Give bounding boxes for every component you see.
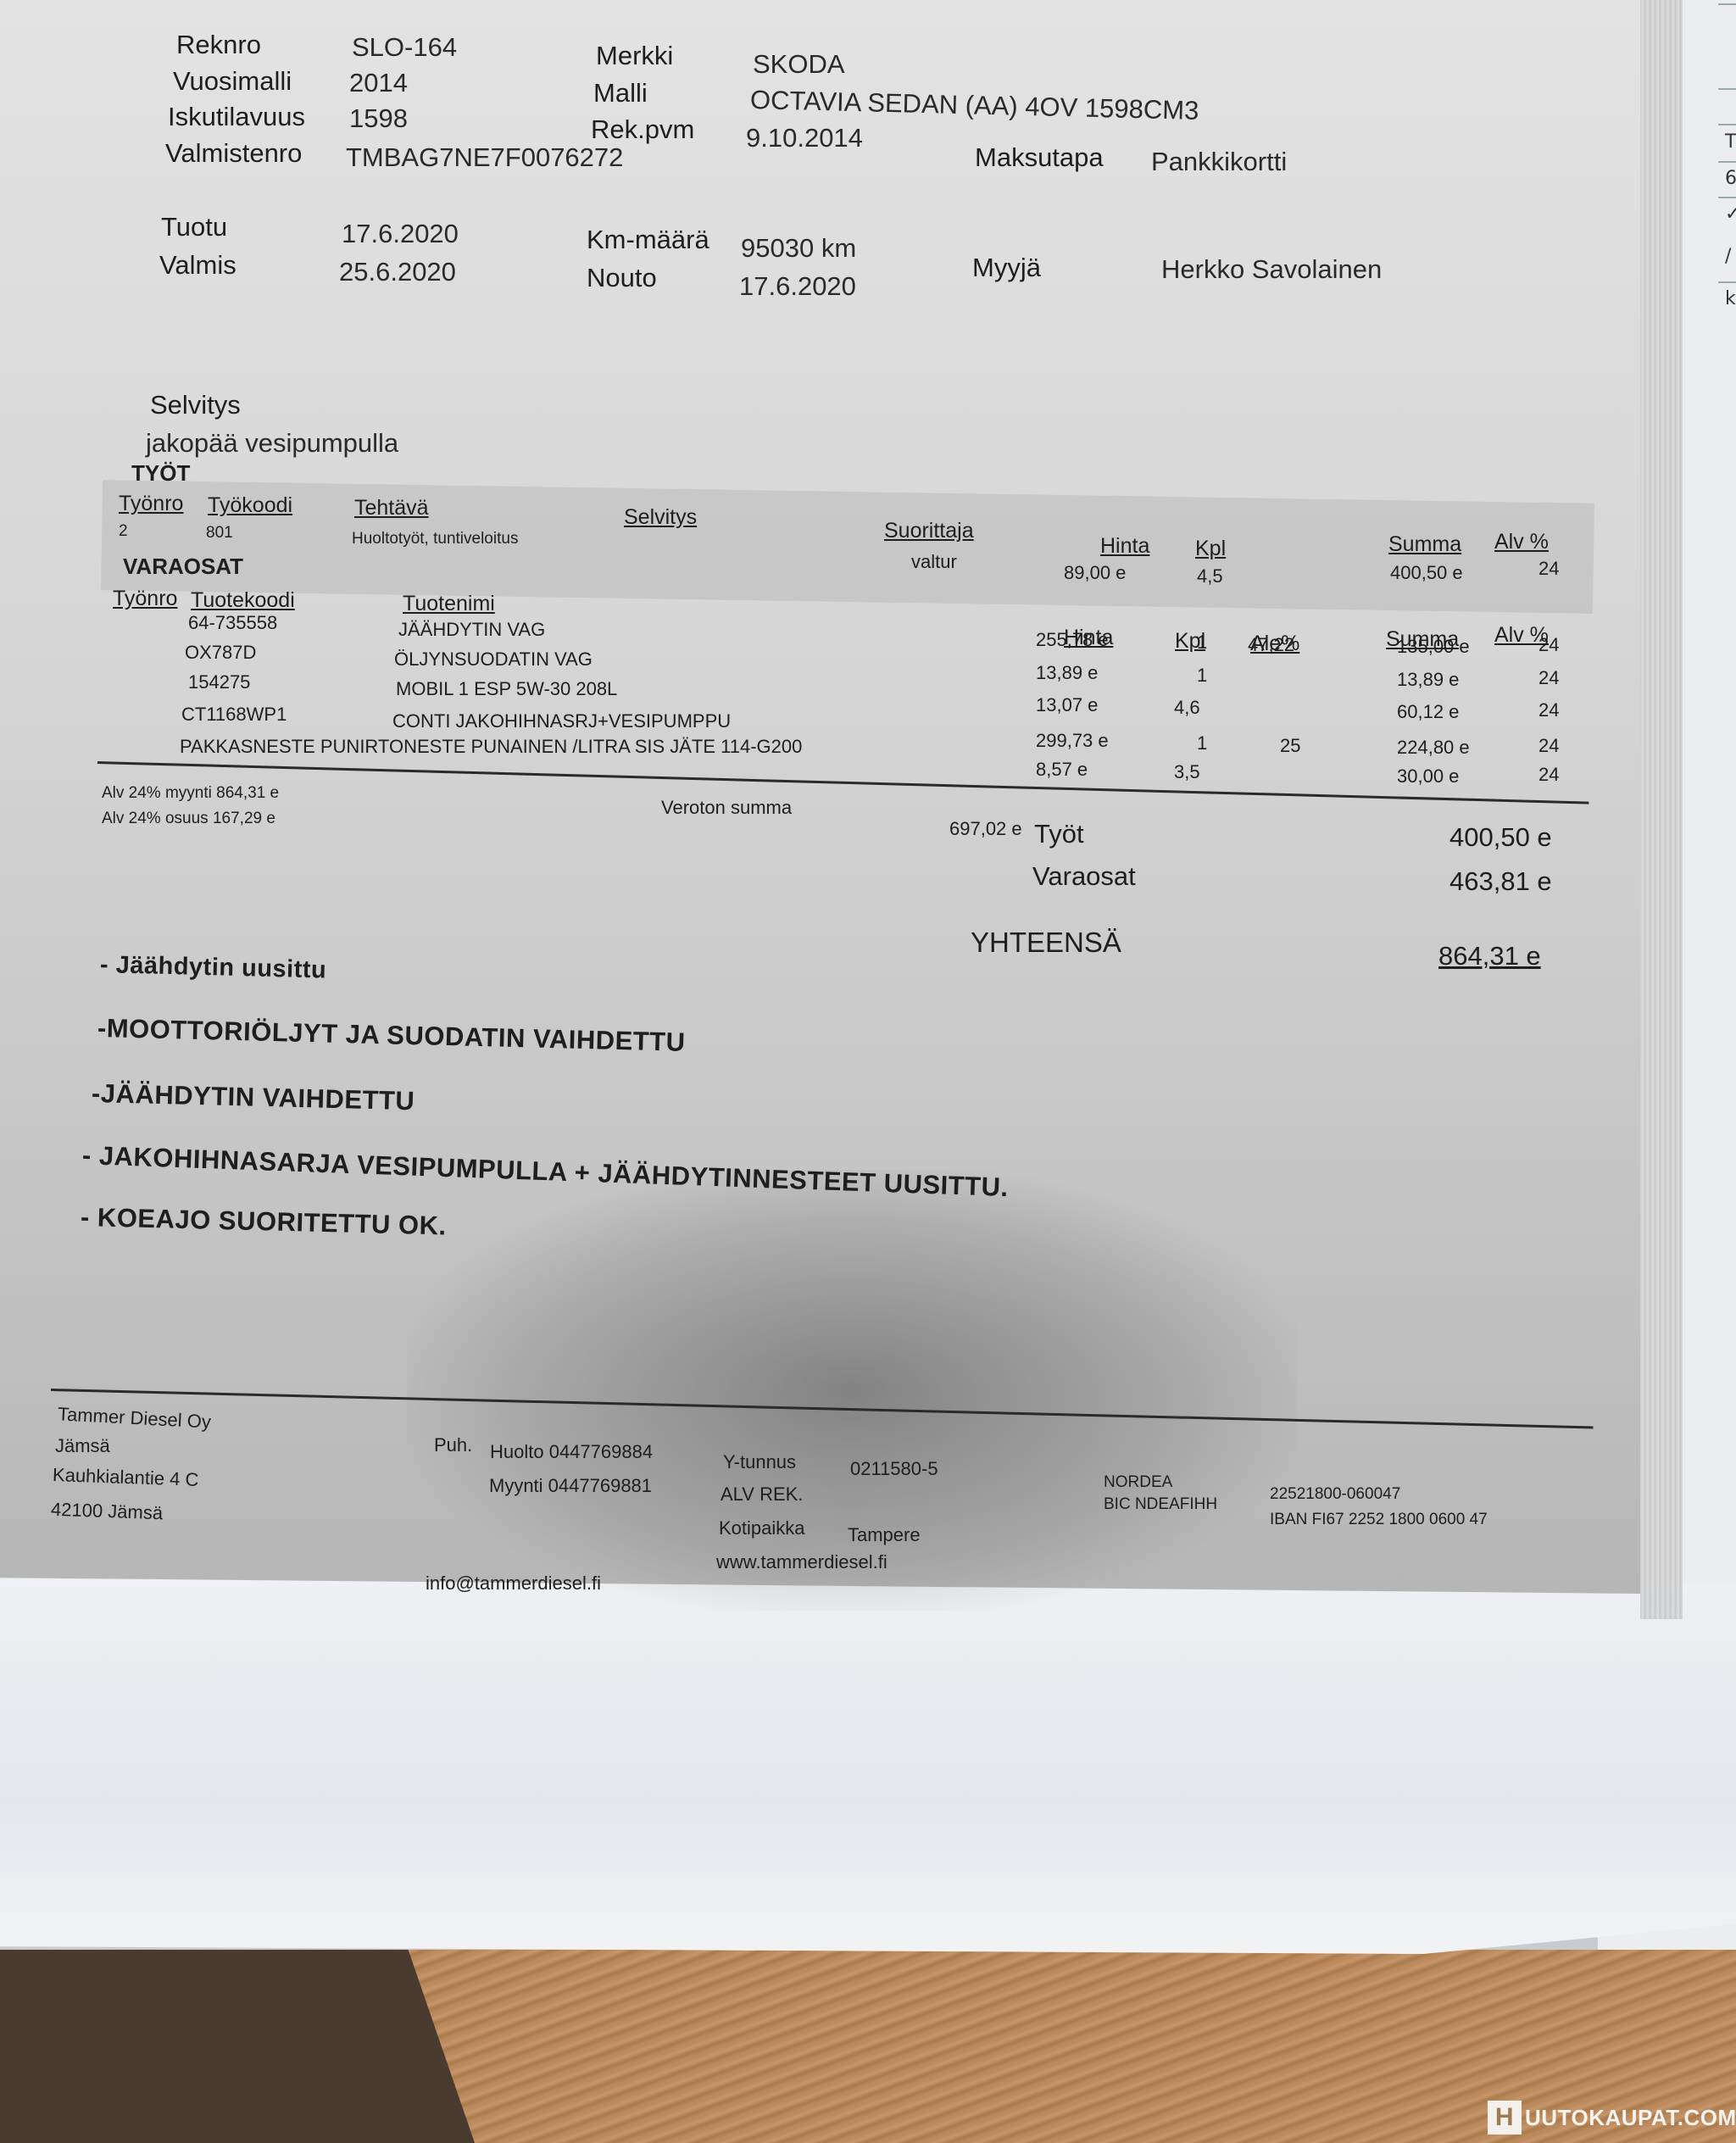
parts-cell-hinta: 299,73 e: [1036, 730, 1109, 752]
parts-cell-kpl: 4,6: [1174, 697, 1200, 719]
label-reknro: Reknro: [176, 30, 261, 60]
parts-cell-ale: 25: [1280, 735, 1300, 757]
footer-www-link[interactable]: www.tammerdiesel.fi: [716, 1551, 887, 1573]
tyot-row-summa: 400,50 e: [1390, 562, 1463, 584]
parts-cell-hinta: 8,57 e: [1036, 759, 1088, 781]
header-suorittaja: Suorittaja: [884, 519, 974, 543]
label-km: Km-määrä: [587, 225, 709, 255]
parts-cell-kpl: 1: [1197, 732, 1207, 754]
footer-postal: 42100 Jämsä: [51, 1499, 164, 1525]
parts-cell-alv: 24: [1538, 735, 1559, 757]
value-km: 95030 km: [741, 233, 856, 264]
footer-ytunnus: 0211580-5: [850, 1458, 938, 1480]
section-varaosat: VARAOSAT: [123, 554, 243, 580]
label-myyja: Myyjä: [972, 253, 1041, 283]
side-sheet-glyph: 6: [1725, 168, 1736, 189]
value-varaosat-total: 463,81 e: [1449, 866, 1552, 897]
parts-cell-summa: 13,89 e: [1397, 669, 1459, 691]
huutokaupat-logo-icon: H: [1488, 2101, 1522, 2135]
fabric-edge: [1640, 0, 1683, 1619]
watermark-text: UUTOKAUPAT.COM: [1525, 2105, 1736, 2131]
label-tyot-total: Työt: [1034, 819, 1084, 849]
value-tyot-total: 400,50 e: [1449, 822, 1552, 853]
parts-cell-tuotenimi: CONTI JAKOHIHNASRJ+VESIPUMPPU: [392, 710, 731, 732]
side-sheet-glyph: T: [1725, 131, 1736, 153]
label-maksutapa: Maksutapa: [975, 142, 1104, 173]
value-tuotu: 17.6.2020: [342, 219, 459, 249]
label-selvitys: Selvitys: [150, 390, 241, 420]
value-maksutapa: Pankkikortti: [1151, 147, 1287, 177]
value-valmistenro: TMBAG7NE7F0076272: [346, 142, 623, 173]
footer-iban: IBAN FI67 2252 1800 0600 47: [1270, 1511, 1488, 1529]
parts-cell-summa: 135,00 e: [1397, 636, 1470, 658]
label-vuosimalli: Vuosimalli: [173, 66, 292, 97]
footer-bic: BIC NDEAFIHH: [1104, 1495, 1217, 1514]
value-iskutilavuus: 1598: [349, 103, 408, 134]
parts-cell-kpl: 3,5: [1174, 761, 1200, 783]
tyot-row-kpl: 4,5: [1197, 565, 1223, 587]
label-yhteensa: YHTEENSÄ: [971, 927, 1121, 959]
header-tyonro-parts: Työnro: [113, 587, 177, 611]
header-hinta: Hinta: [1100, 534, 1149, 559]
footer-kotipaikka: Tampere: [848, 1524, 921, 1546]
footer-myynti: Myynti 0447769881: [489, 1475, 652, 1497]
value-nouto: 17.6.2020: [739, 271, 856, 302]
value-valmis: 25.6.2020: [339, 257, 456, 287]
label-merkki: Merkki: [596, 41, 673, 71]
header-selvitys: Selvitys: [624, 505, 697, 530]
label-valmistenro: Valmistenro: [165, 138, 302, 169]
white-paper-sheet: [0, 1577, 1736, 1954]
footer-email-link[interactable]: info@tammerdiesel.fi: [426, 1572, 601, 1595]
label-iskutilavuus: Iskutilavuus: [168, 102, 305, 132]
tyot-row-hinta: 89,00 e: [1064, 562, 1126, 584]
header-tyonro: Työnro: [119, 492, 183, 516]
label-veroton: Veroton summa: [661, 797, 792, 819]
header-tuotekoodi: Tuotekoodi: [191, 588, 295, 613]
label-rekpvm: Rek.pvm: [591, 114, 694, 145]
parts-cell-tuotenimi: PAKKASNESTE PUNIRTONESTE PUNAINEN /LITRA…: [180, 736, 802, 758]
footer-kotipaikka-label: Kotipaikka: [719, 1517, 805, 1539]
tyot-row-alv: 24: [1538, 558, 1559, 580]
parts-cell-summa: 60,12 e: [1397, 701, 1459, 723]
header-tyokoodi: Työkoodi: [208, 493, 292, 518]
parts-cell-tuotekoodi: CT1168WP1: [181, 704, 287, 726]
side-sheet-glyph: /: [1725, 246, 1731, 267]
dark-surface: [0, 1950, 475, 2143]
parts-cell-alv: 24: [1538, 699, 1559, 721]
parts-cell-kpl: 1: [1197, 632, 1207, 654]
parts-cell-tuotekoodi: 154275: [188, 671, 250, 693]
label-varaosat-total: Varaosat: [1032, 861, 1136, 892]
section-tyot: TYÖT: [131, 460, 190, 487]
header-kpl: Kpl: [1195, 537, 1226, 561]
footer-city: Jämsä: [55, 1435, 110, 1457]
value-reknro: SLO-164: [352, 32, 457, 63]
footer-ytunnus-label: Y-tunnus: [723, 1451, 796, 1473]
header-summa: Summa: [1388, 532, 1461, 557]
header-alv: Alv %: [1494, 530, 1549, 554]
parts-cell-summa: 30,00 e: [1397, 765, 1459, 788]
value-yhteensa: 864,31 e: [1438, 941, 1541, 971]
value-veroton: 697,02 e: [949, 818, 1022, 840]
label-tuotu: Tuotu: [161, 212, 227, 242]
parts-cell-alv: 24: [1538, 667, 1559, 689]
side-sheet-glyph: k: [1725, 288, 1736, 309]
value-myyja: Herkko Savolainen: [1161, 254, 1382, 285]
parts-cell-kpl: 1: [1197, 665, 1207, 687]
value-rekpvm: 9.10.2014: [746, 123, 863, 153]
tyot-row-tyonro: 2: [119, 522, 128, 541]
tyot-row-tyokoodi: 801: [206, 524, 233, 543]
footer-account: 22521800-060047: [1270, 1485, 1400, 1504]
alv-osuus: Alv 24% osuus 167,29 e: [102, 810, 275, 828]
parts-cell-tuotekoodi: 64-735558: [188, 612, 277, 634]
footer-alvrek: ALV REK.: [721, 1483, 803, 1506]
parts-cell-alv: 24: [1538, 764, 1559, 786]
parts-cell-tuotenimi: JÄÄHDYTIN VAG: [398, 619, 545, 641]
parts-cell-tuotenimi: ÖLJYNSUODATIN VAG: [394, 648, 593, 671]
header-tuotenimi: Tuotenimi: [403, 592, 495, 616]
parts-cell-hinta: 13,07 e: [1036, 694, 1098, 716]
footer-huolto: Huolto 0447769884: [490, 1441, 653, 1463]
tyot-row-tehtava: Huoltotyöt, tuntiveloitus: [352, 530, 518, 548]
parts-cell-hinta: 255,78 e: [1036, 629, 1109, 651]
parts-cell-ale: 47,22: [1248, 634, 1294, 656]
footer-phone-label: Puh.: [434, 1434, 472, 1456]
side-sheet-glyph: ✓: [1725, 203, 1736, 225]
header-tehtava: Tehtävä: [354, 496, 429, 520]
parts-cell-alv: 24: [1538, 634, 1559, 656]
alv-myynti: Alv 24% myynti 864,31 e: [102, 784, 279, 803]
parts-cell-tuotekoodi: OX787D: [185, 642, 256, 664]
tyot-row-suorittaja: valtur: [911, 551, 957, 573]
parts-cell-hinta: 13,89 e: [1036, 662, 1098, 684]
table-header-band: [101, 480, 1594, 614]
label-valmis: Valmis: [159, 250, 236, 281]
value-selvitys: jakopää vesipumpulla: [146, 428, 398, 459]
huutokaupat-watermark: H UUTOKAUPAT.COM: [1488, 2101, 1736, 2135]
footer-bank: NORDEA: [1104, 1473, 1172, 1492]
label-nouto: Nouto: [587, 263, 657, 293]
label-malli: Malli: [593, 78, 648, 109]
parts-cell-tuotenimi: MOBIL 1 ESP 5W-30 208L: [396, 678, 617, 700]
parts-cell-summa: 224,80 e: [1397, 737, 1470, 759]
value-merkki: SKODA: [753, 49, 845, 80]
note-line: - Jäähdytin uusittu: [100, 951, 327, 985]
value-vuosimalli: 2014: [349, 68, 408, 98]
